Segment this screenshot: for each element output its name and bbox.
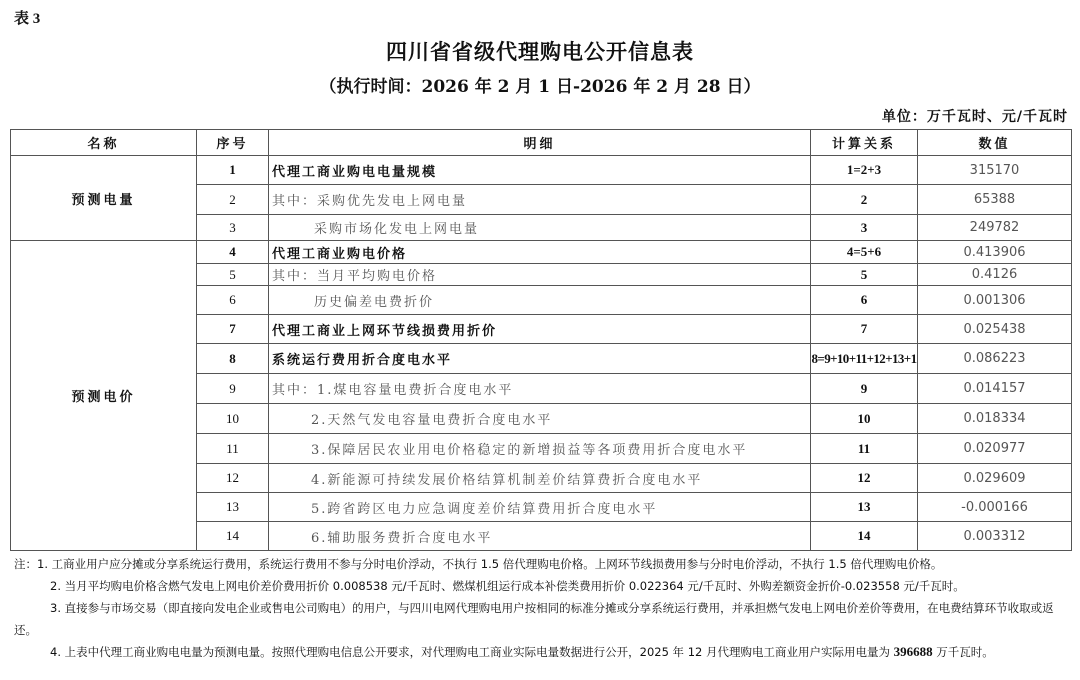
row-seq: 8: [197, 344, 269, 374]
row-value: 0.001306: [918, 286, 1072, 315]
table-header-row: 名称 序号 明细 计算关系 数值: [11, 130, 1072, 156]
actual-volume-value: 396688: [894, 644, 933, 659]
group-forecast-price: 预测电价: [11, 241, 197, 551]
row-value: -0.000166: [918, 493, 1072, 522]
row-calc: 14: [811, 522, 918, 551]
row-detail: 采购市场化发电上网电量: [269, 215, 811, 241]
row-value: 0.018334: [918, 404, 1072, 434]
row-value: 0.025438: [918, 315, 1072, 344]
row-seq: 7: [197, 315, 269, 344]
row-detail: 系统运行费用折合度电水平: [269, 344, 811, 374]
row-seq: 1: [197, 156, 269, 185]
note-3: 3. 直接参与市场交易（即直接向发电企业或售电公司购电）的用户，与四川电网代理购…: [14, 597, 1070, 641]
unit-label: 单位：万千瓦时、元/千瓦时: [882, 106, 1068, 126]
row-value: 0.029609: [918, 464, 1072, 493]
row-seq: 2: [197, 185, 269, 215]
row-seq: 5: [197, 264, 269, 286]
header-value: 数值: [918, 130, 1072, 156]
row-detail: 历史偏差电费折价: [269, 286, 811, 315]
note-2: 2. 当月平均购电价格含燃气发电上网电价差价费用折价 0.008538 元/千瓦…: [14, 575, 1070, 597]
note-4-unit: 万千瓦时。: [933, 645, 994, 659]
row-calc: 10: [811, 404, 918, 434]
note-4: 4. 上表中代理工商业购电电量为预测电量。按照代理购电信息公开要求，对代理购电工…: [14, 641, 1070, 663]
purchase-info-table: 名称 序号 明细 计算关系 数值 预测电量 1 代理工商业购电电量规模 1=2+…: [10, 129, 1072, 551]
document-title: 四川省省级代理购电公开信息表: [0, 36, 1080, 66]
table-number-label: 表 3: [14, 7, 40, 28]
table-row: 预测电量 1 代理工商业购电电量规模 1=2+3 315170: [11, 156, 1072, 185]
row-calc: 8=9+10+11+12+13+1: [811, 344, 918, 374]
header-seq: 序号: [197, 130, 269, 156]
row-calc: 6: [811, 286, 918, 315]
row-seq: 11: [197, 434, 269, 464]
row-calc: 1=2+3: [811, 156, 918, 185]
row-detail: 3.保障居民农业用电价格稳定的新增损益等各项费用折合度电水平: [269, 434, 811, 464]
row-calc: 11: [811, 434, 918, 464]
note-4-text: 4. 上表中代理工商业购电电量为预测电量。按照代理购电信息公开要求，对代理购电工…: [50, 645, 894, 659]
row-calc: 2: [811, 185, 918, 215]
row-seq: 13: [197, 493, 269, 522]
header-detail: 明细: [269, 130, 811, 156]
row-calc: 7: [811, 315, 918, 344]
row-seq: 14: [197, 522, 269, 551]
row-value: 249782: [918, 215, 1072, 241]
row-seq: 9: [197, 374, 269, 404]
note-1: 注：1. 工商业用户应分摊或分享系统运行费用，系统运行费用不参与分时电价浮动，不…: [14, 553, 1070, 575]
row-calc: 4=5+6: [811, 241, 918, 264]
header-name: 名称: [11, 130, 197, 156]
row-seq: 12: [197, 464, 269, 493]
group-forecast-volume: 预测电量: [11, 156, 197, 241]
row-detail: 5.跨省跨区电力应急调度差价结算费用折合度电水平: [269, 493, 811, 522]
row-value: 65388: [918, 185, 1072, 215]
row-value: 315170: [918, 156, 1072, 185]
row-seq: 3: [197, 215, 269, 241]
row-seq: 6: [197, 286, 269, 315]
effective-period: （执行时间：2026 年 2 月 1 日-2026 年 2 月 28 日）: [0, 72, 1080, 97]
row-detail: 代理工商业上网环节线损费用折价: [269, 315, 811, 344]
notes-section: 注：1. 工商业用户应分摊或分享系统运行费用，系统运行费用不参与分时电价浮动，不…: [14, 553, 1070, 663]
row-detail: 6.辅助服务费折合度电水平: [269, 522, 811, 551]
row-value: 0.003312: [918, 522, 1072, 551]
row-detail: 其中：采购优先发电上网电量: [269, 185, 811, 215]
row-detail: 其中：当月平均购电价格: [269, 264, 811, 286]
table-row: 预测电价 4 代理工商业购电价格 4=5+6 0.413906: [11, 241, 1072, 264]
header-calc: 计算关系: [811, 130, 918, 156]
row-calc: 13: [811, 493, 918, 522]
row-seq: 4: [197, 241, 269, 264]
row-value: 0.020977: [918, 434, 1072, 464]
row-value: 0.4126: [918, 264, 1072, 286]
row-calc: 5: [811, 264, 918, 286]
row-calc: 3: [811, 215, 918, 241]
row-value: 0.413906: [918, 241, 1072, 264]
row-detail: 代理工商业购电价格: [269, 241, 811, 264]
row-calc: 9: [811, 374, 918, 404]
row-detail: 代理工商业购电电量规模: [269, 156, 811, 185]
row-calc: 12: [811, 464, 918, 493]
row-value: 0.086223: [918, 344, 1072, 374]
row-value: 0.014157: [918, 374, 1072, 404]
row-detail: 2.天然气发电容量电费折合度电水平: [269, 404, 811, 434]
row-seq: 10: [197, 404, 269, 434]
row-detail: 4.新能源可持续发展价格结算机制差价结算费折合度电水平: [269, 464, 811, 493]
row-detail: 其中：1.煤电容量电费折合度电水平: [269, 374, 811, 404]
